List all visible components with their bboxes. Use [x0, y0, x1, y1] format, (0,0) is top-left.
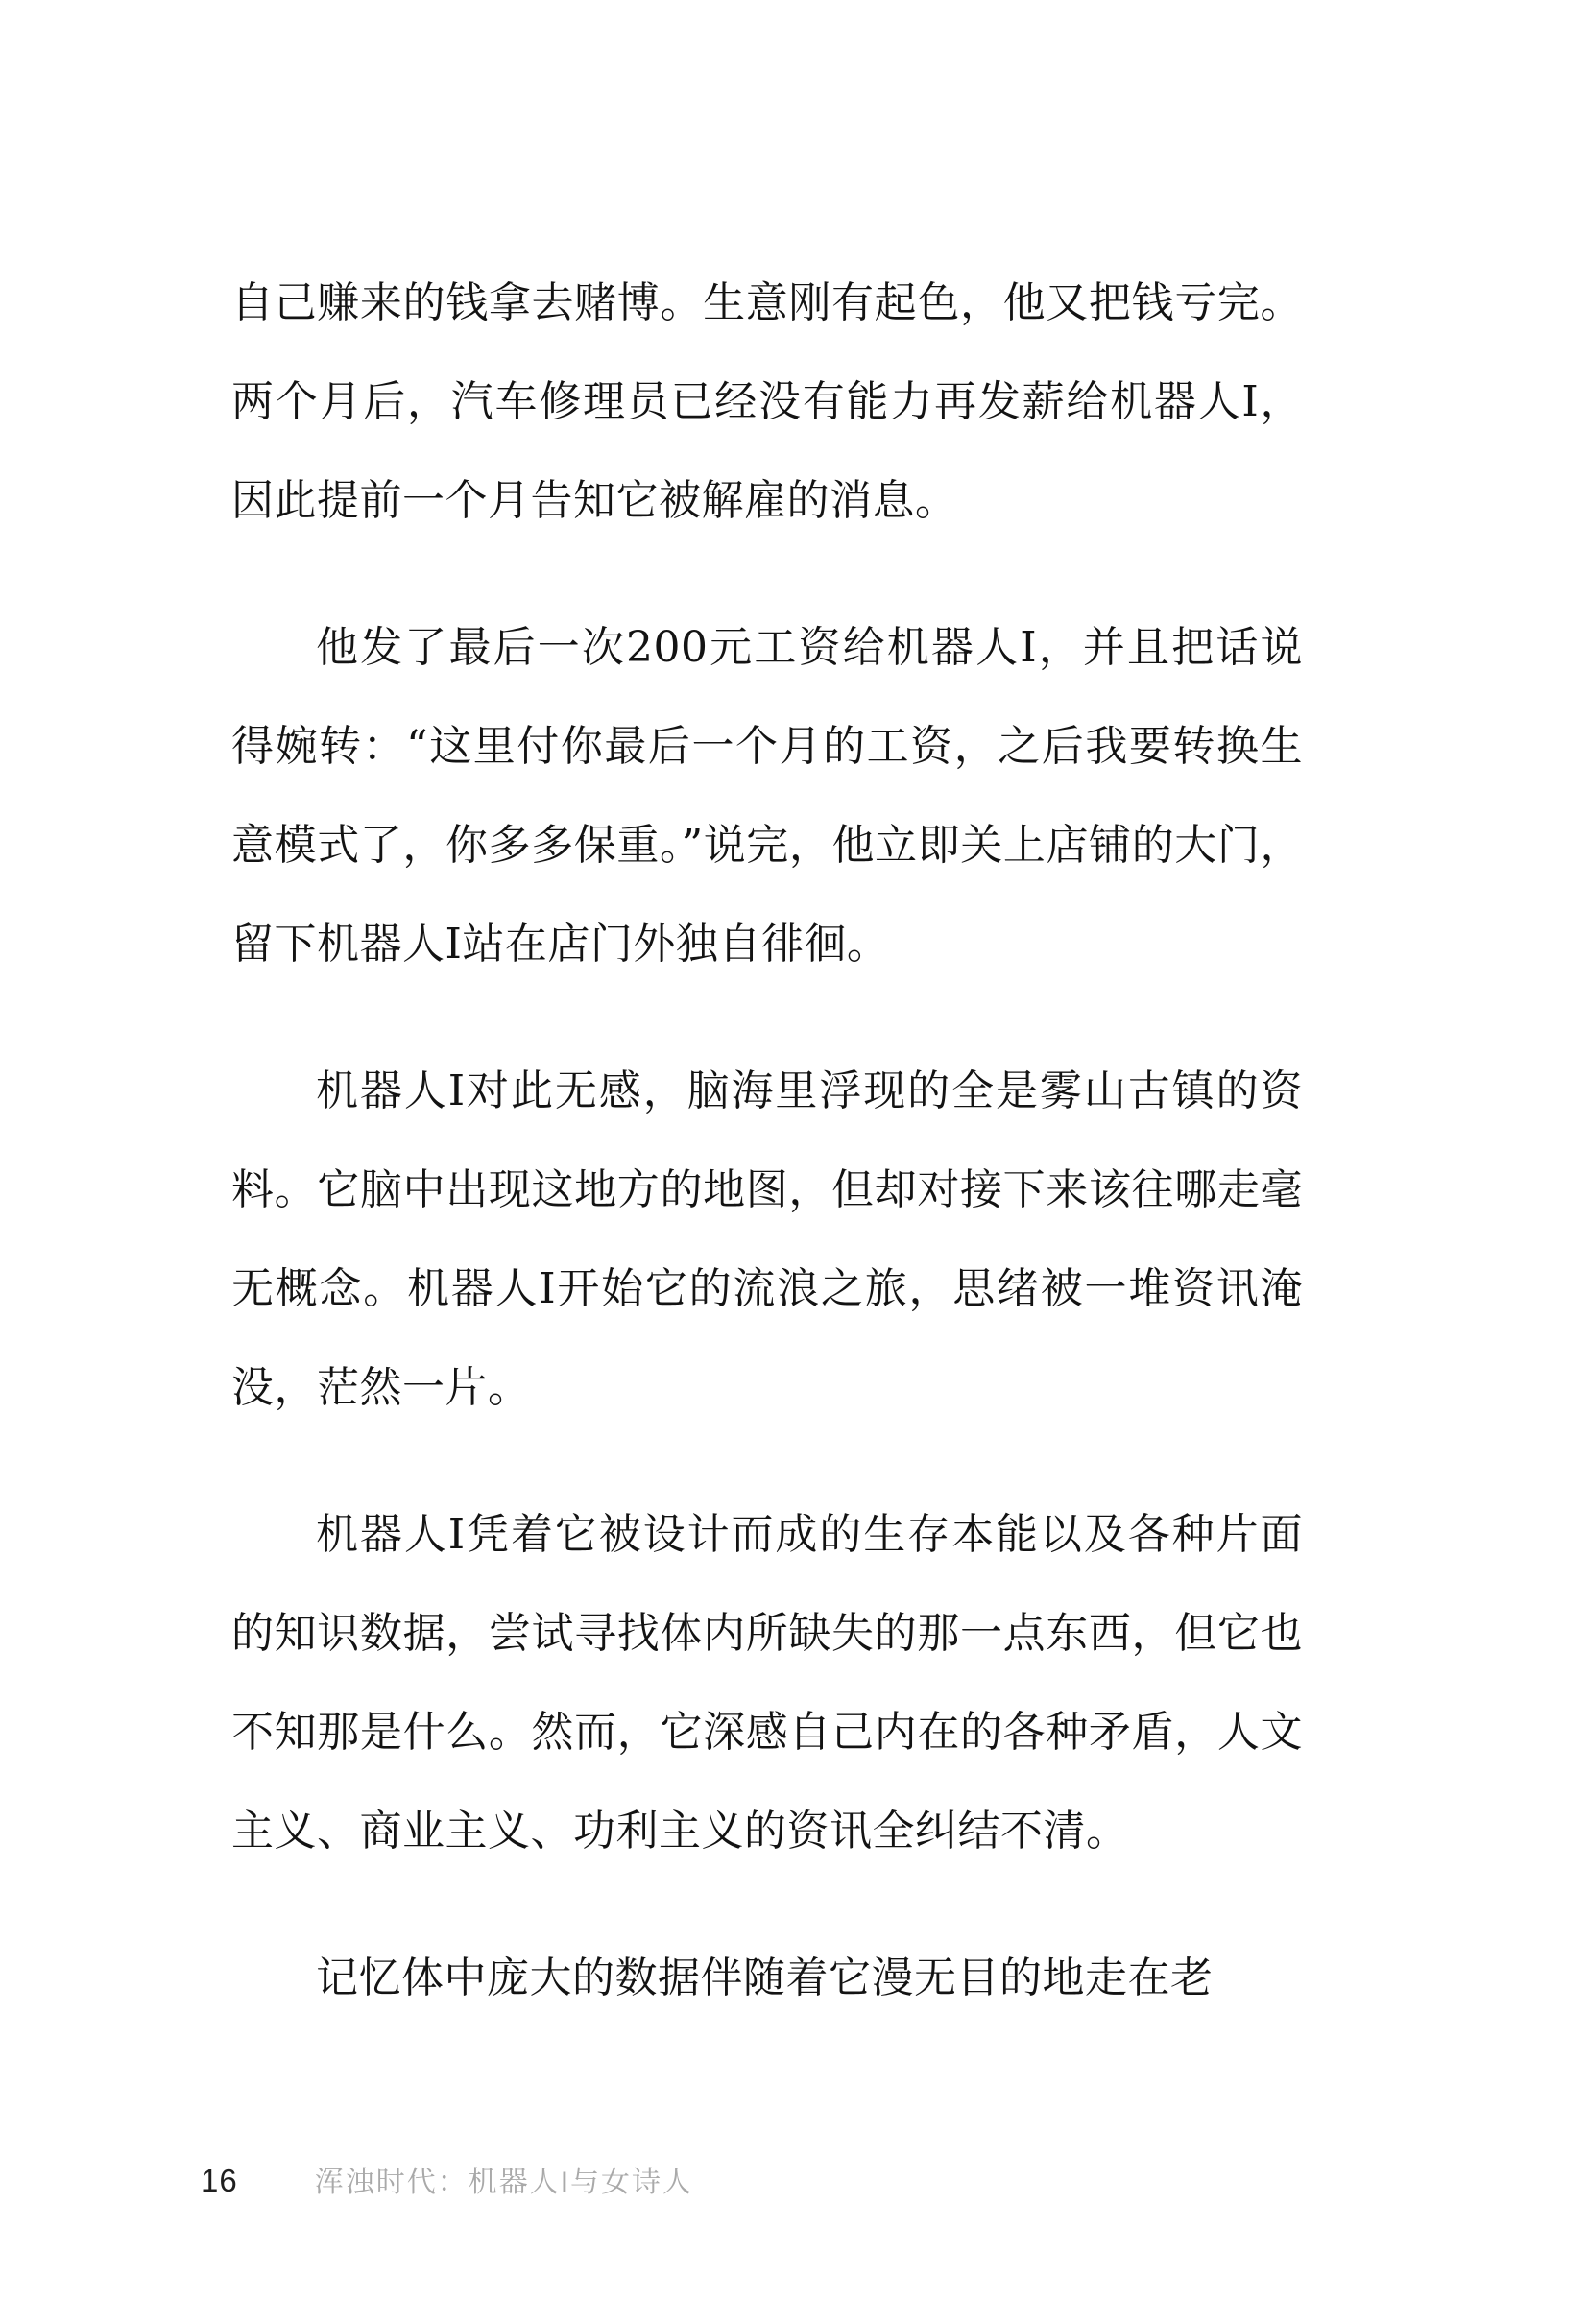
page-footer: 16 浑浊时代：机器人I与女诗人: [201, 2158, 1353, 2200]
paragraph: 机器人I对此无感，脑海里浮现的全是雾山古镇的资料。它脑中出现这地方的地图，但却对…: [231, 1042, 1303, 1437]
paragraph: 他发了最后一次200元工资给机器人I，并且把话说得婉转：“这里付你最后一个月的工…: [231, 598, 1303, 994]
paragraph: 机器人I凭着它被设计而成的生存本能以及各种片面的知识数据，尝试寻找体内所缺失的那…: [231, 1485, 1303, 1881]
body-text: 自己赚来的钱拿去赌博。生意刚有起色，他又把钱亏完。两个月后，汽车修理员已经没有能…: [231, 253, 1303, 2075]
paragraph: 自己赚来的钱拿去赌博。生意刚有起色，他又把钱亏完。两个月后，汽车修理员已经没有能…: [231, 253, 1303, 550]
footer-book-title: 浑浊时代：机器人I与女诗人: [315, 2158, 693, 2200]
book-page: 自己赚来的钱拿去赌博。生意刚有起色，他又把钱亏完。两个月后，汽车修理员已经没有能…: [0, 0, 1588, 2324]
page-number: 16: [201, 2163, 238, 2199]
paragraph: 记忆体中庞大的数据伴随着它漫无目的地走在老: [231, 1929, 1303, 2027]
